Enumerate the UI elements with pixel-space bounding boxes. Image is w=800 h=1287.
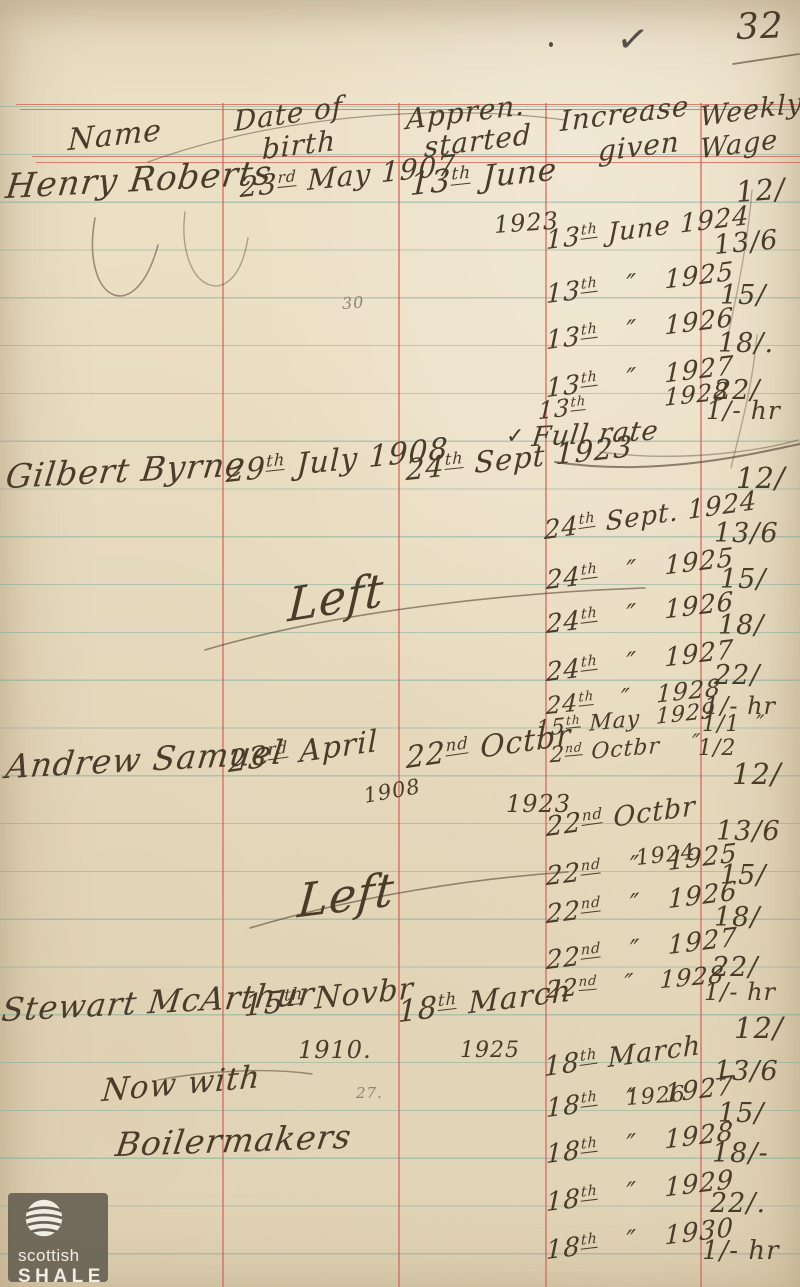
entry-started-year: 1925: [460, 1040, 520, 1062]
left-note: Left: [287, 566, 386, 628]
left-note: Left: [296, 866, 397, 925]
page-number: 32: [735, 8, 784, 46]
increase-wage: 1/- hr: [702, 1238, 780, 1264]
increase-wage: 22/.: [710, 1190, 766, 1217]
ledger-page: ✓ 32 Name Date of birth Appren. started …: [0, 0, 800, 1287]
watermark-line1: scottish: [18, 1246, 108, 1266]
pencil-note: 27.: [356, 1086, 383, 1101]
increase-wage: 1/2: [698, 738, 736, 760]
column-rule-name: [222, 103, 224, 1287]
ink-dot: [549, 42, 553, 47]
boilermakers-note: Boilermakers: [114, 1120, 354, 1161]
scottish-shale-watermark: scottish SHALE: [8, 1193, 108, 1282]
globe-icon: [18, 1197, 70, 1239]
increase-wage: 13/6: [713, 226, 780, 259]
increase-wage: 1/1 ″: [702, 714, 766, 736]
increase-wage: 13/6: [714, 520, 779, 547]
increase-wage: 1/- hr: [704, 980, 776, 1004]
watermark-line2: SHALE: [18, 1266, 108, 1287]
checkmark: ✓: [614, 18, 652, 60]
initial-wage: 12/: [734, 1014, 784, 1043]
increase-wage: 1/- hr: [706, 398, 781, 423]
column-rule-dob: [398, 103, 400, 1287]
entry-dob-year: 1910.: [298, 1038, 372, 1062]
initial-wage: 12/: [732, 760, 782, 789]
increase-wage: 18/-: [712, 1140, 769, 1167]
pencil-note: 30: [341, 294, 364, 312]
